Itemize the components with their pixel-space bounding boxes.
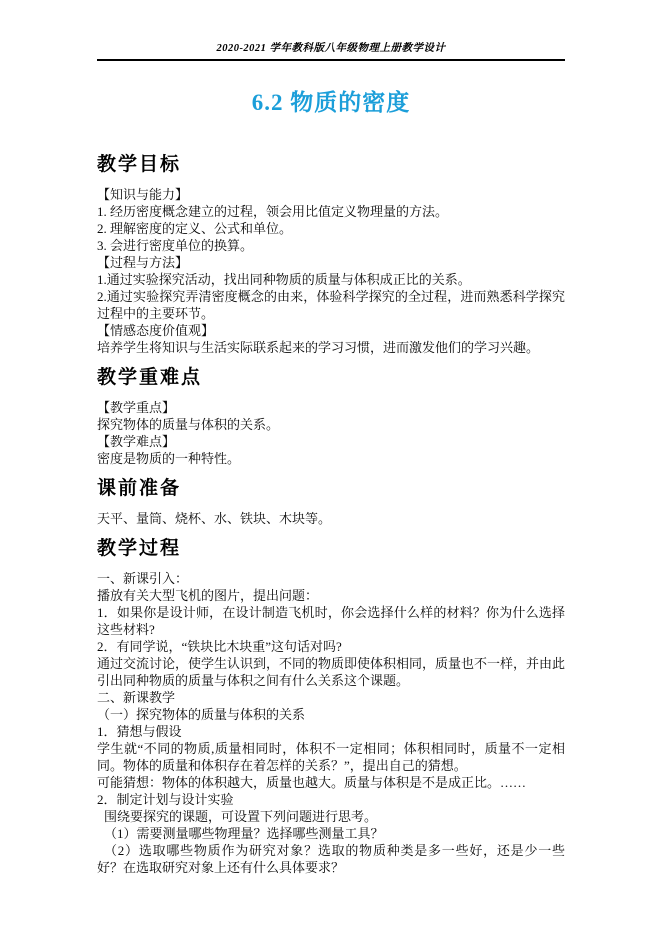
paragraph: （2）选取哪些物质作为研究对象？选取的物质种类是多一些好，还是少一些好？在选取研… xyxy=(97,842,565,876)
paragraph: 【教学重点】 xyxy=(97,399,565,416)
paragraph: 【情感态度价值观】 xyxy=(97,322,565,339)
paragraph: 2.通过实验探究弄清密度概念的由来，体验科学探究的全过程，进而熟悉科学探究过程中… xyxy=(97,288,565,322)
paragraph: 围绕要探究的课题，可设置下列问题进行思考。 xyxy=(97,808,565,825)
section-heading: 课前准备 xyxy=(97,477,565,501)
document-body: 教学目标【知识与能力】1. 经历密度概念建立的过程，领会用比值定义物理量的方法。… xyxy=(97,153,565,876)
paragraph: 播放有关大型飞机的图片，提出问题： xyxy=(97,587,565,604)
paragraph: 二、新课教学 xyxy=(97,689,565,706)
paragraph: （一）探究物体的质量与体积的关系 xyxy=(97,706,565,723)
paragraph: 1.通过实验探究活动，找出同种物质的质量与体积成正比的关系。 xyxy=(97,271,565,288)
header-divider xyxy=(97,59,565,61)
page-title: 6.2 物质的密度 xyxy=(97,84,565,117)
section-heading: 教学目标 xyxy=(97,153,565,177)
paragraph: 【教学难点】 xyxy=(97,433,565,450)
page-header-text: 2020-2021 学年教科版八年级物理上册教学设计 xyxy=(97,42,565,56)
paragraph: 学生就“不同的物质,质量相同时，体积不一定相同；体积相同时，质量不一定相同。物体… xyxy=(97,740,565,774)
section-heading: 教学过程 xyxy=(97,537,565,561)
paragraph: 探究物体的质量与体积的关系。 xyxy=(97,416,565,433)
paragraph: 【知识与能力】 xyxy=(97,186,565,203)
paragraph: 密度是物质的一种特性。 xyxy=(97,450,565,467)
document-page: 2020-2021 学年教科版八年级物理上册教学设计 6.2 物质的密度 教学目… xyxy=(0,0,661,935)
paragraph: 3. 会进行密度单位的换算。 xyxy=(97,237,565,254)
section-heading: 教学重难点 xyxy=(97,366,565,390)
paragraph: 2. 理解密度的定义、公式和单位。 xyxy=(97,220,565,237)
paragraph: 2．制定计划与设计实验 xyxy=(97,791,565,808)
paragraph: 1．如果你是设计师，在设计制造飞机时，你会选择什么样的材料？你为什么选择这些材料… xyxy=(97,604,565,638)
paragraph: 1. 经历密度概念建立的过程，领会用比值定义物理量的方法。 xyxy=(97,203,565,220)
paragraph: 培养学生将知识与生活实际联系起来的学习习惯，进而激发他们的学习兴趣。 xyxy=(97,339,565,356)
paragraph: 一、新课引入： xyxy=(97,570,565,587)
paragraph: 2．有同学说，“铁块比木块重”这句话对吗? xyxy=(97,638,565,655)
paragraph: 【过程与方法】 xyxy=(97,254,565,271)
paragraph: 可能猜想：物体的体积越大，质量也越大。质量与体积是不是成正比。…… xyxy=(97,774,565,791)
paragraph: 天平、量筒、烧杯、水、铁块、木块等。 xyxy=(97,510,565,527)
paragraph: （1）需要测量哪些物理量？选择哪些测量工具？ xyxy=(97,825,565,842)
paragraph: 通过交流讨论，使学生认识到，不同的物质即使体积相同，质量也不一样，并由此引出同种… xyxy=(97,655,565,689)
paragraph: 1．猜想与假设 xyxy=(97,723,565,740)
document-content: 2020-2021 学年教科版八年级物理上册教学设计 6.2 物质的密度 教学目… xyxy=(0,0,661,876)
